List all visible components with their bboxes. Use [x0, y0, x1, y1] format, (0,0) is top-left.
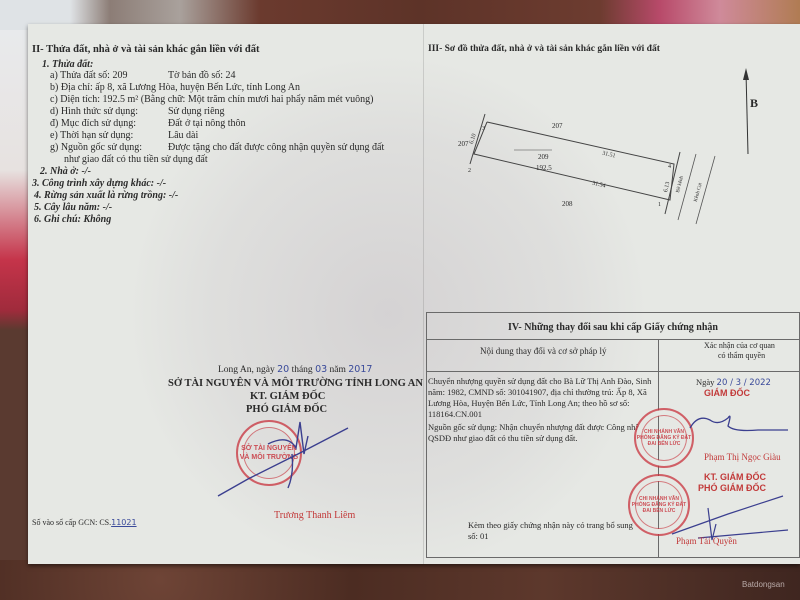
watermark: Batdongsan: [742, 580, 785, 589]
entry1-line: Chuyển nhượng quyền sử dụng đất cho Bà L…: [428, 376, 651, 387]
entry2-content: Kèm theo giấy chứng nhận này có trang bổ…: [468, 520, 633, 542]
entry1-origin-line: QSDĐ như giao đất có thu tiền sử dụng đấ…: [428, 433, 651, 444]
signature-1: [208, 414, 368, 504]
signer-name: Trương Thanh Liêm: [274, 510, 355, 521]
entry2-title2: PHÓ GIÁM ĐỐC: [698, 483, 766, 493]
signing-place: Long An, ngày: [218, 365, 275, 375]
entry1-line: 118164.CN.001: [428, 409, 651, 420]
entry2-signer: Phạm Tài Quyền: [676, 536, 737, 546]
table-divider: [427, 371, 799, 372]
neighbor-south: 208: [562, 200, 573, 208]
date-label: Ngày: [696, 377, 714, 387]
entry1-origin-line: Nguồn gốc sử dụng: Nhận chuyển nhượng đấ…: [428, 422, 651, 433]
registry-label: Số vào sổ cấp GCN:: [32, 518, 97, 527]
year-label: năm: [330, 365, 346, 375]
entry1-line: Lương Hòa, Huyện Bến Lức, Tỉnh Long An; …: [428, 398, 651, 409]
north-label: B: [750, 96, 758, 111]
registry-number: Số vào sổ cấp GCN: CS.11021: [32, 518, 137, 527]
registry-value: 11021: [111, 518, 136, 527]
entry1-title: GIÁM ĐỐC: [704, 388, 750, 398]
date-value: 20 / 3 / 2022: [717, 378, 771, 388]
office-stamp-1: CHI NHÁNH VĂN PHÒNG ĐĂNG KÝ ĐẤT ĐAI BẾN …: [634, 408, 694, 468]
point-3: 3: [482, 126, 485, 132]
point-2: 2: [468, 168, 471, 174]
signing-day: 20: [277, 364, 289, 375]
entry2-title1: KT. GIÁM ĐỐC: [704, 472, 766, 482]
background-granite: [0, 560, 800, 600]
section4-title: IV- Những thay đổi sau khi cấp Giấy chứn…: [508, 322, 718, 333]
parcel-diagram: [28, 24, 800, 284]
authority: SỞ TÀI NGUYÊN VÀ MÔI TRƯỜNG TỈNH LONG AN: [168, 378, 423, 389]
signature-2: [688, 404, 798, 444]
entry1-date: Ngày 20 / 3 / 2022: [696, 377, 771, 388]
point-4: 4: [668, 164, 671, 170]
col-confirm-header-2: có thẩm quyền: [718, 351, 765, 360]
stamp-text: CHI NHÁNH VĂN PHÒNG ĐĂNG KÝ ĐẤT ĐAI BẾN …: [636, 429, 692, 447]
entry2-line: Kèm theo giấy chứng nhận này có trang bổ…: [468, 520, 633, 531]
signing-year: 2017: [348, 364, 372, 375]
registry-prefix: CS.: [99, 518, 111, 527]
col-content-header: Nội dung thay đổi và cơ sở pháp lý: [480, 346, 607, 356]
month-label: tháng: [292, 365, 313, 375]
parcel-label: 209: [538, 153, 549, 161]
entry1-signer: Phạm Thị Ngọc Giàu: [704, 452, 781, 462]
entry2-line: số: 01: [468, 531, 633, 542]
entry1-content: Chuyển nhượng quyền sử dụng đất cho Bà L…: [428, 376, 651, 444]
col-confirm-header-1: Xác nhận của cơ quan: [704, 341, 775, 350]
land-certificate-page: II- Thửa đất, nhà ở và tài sản khác gắn …: [28, 24, 800, 564]
neighbor-west: 207: [458, 140, 469, 148]
parcel-area: 192.5: [536, 164, 552, 172]
signing-date: Long An, ngày 20 tháng 03 năm 2017: [218, 364, 372, 375]
table-divider: [427, 339, 799, 340]
signing-month: 03: [315, 364, 327, 375]
point-1: 1: [658, 202, 661, 208]
on-behalf: KT. GIÁM ĐỐC: [250, 391, 325, 402]
neighbor-north: 207: [552, 122, 563, 130]
entry1-line: năm: 1982, CMND số: 301041907, địa chỉ t…: [428, 387, 651, 398]
